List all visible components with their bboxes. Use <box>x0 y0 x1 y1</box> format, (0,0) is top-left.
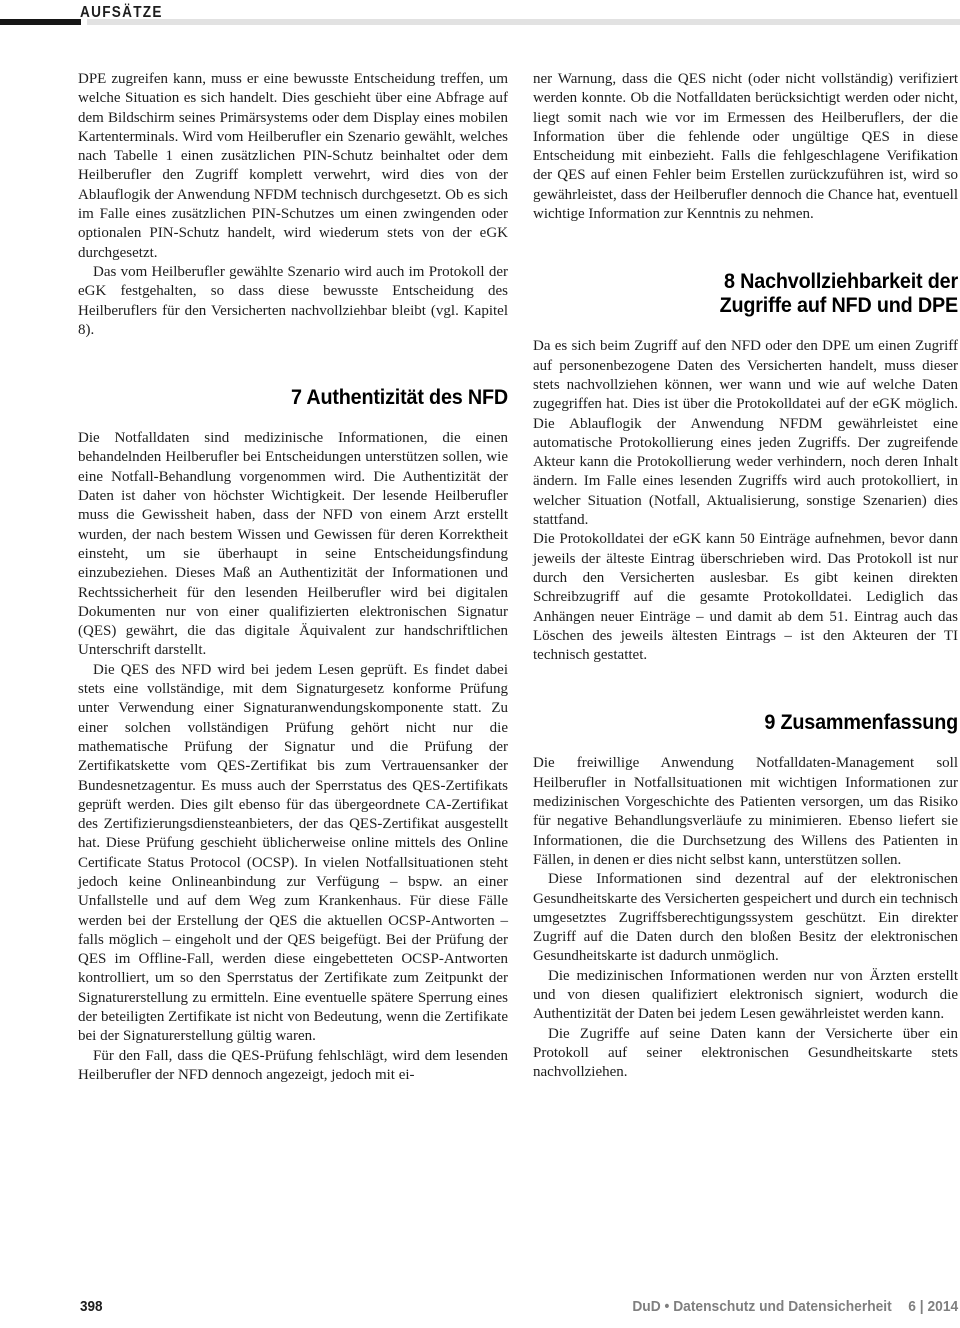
paragraph: Die freiwillige Anwendung Notfalldaten-M… <box>533 754 958 870</box>
paragraph: Diese Informationen sind dezentral auf d… <box>533 870 958 966</box>
paragraph: Die Notfalldaten sind medizinische Infor… <box>78 429 508 661</box>
journal-title: DuD • Datenschutz und Datensicherheit <box>632 1298 891 1315</box>
paragraph: Die QES des NFD wird bei jedem Lesen gep… <box>78 661 508 1047</box>
journal-page: AUFSÄTZE DPE zugreifen kann, muss er ein… <box>0 0 960 1328</box>
header-rule-black <box>0 19 81 25</box>
column-right: ner Warnung, dass die QES nicht (oder ni… <box>533 70 958 1082</box>
section-heading: 7 Authentizität des NFD <box>112 385 508 409</box>
paragraph: Da es sich beim Zugriff auf den NFD oder… <box>533 337 958 530</box>
paragraph: Das vom Heilberufler gewählte Szenario w… <box>78 263 508 340</box>
paragraph: Die Zugriffe auf seine Daten kann der Ve… <box>533 1025 958 1083</box>
section-heading: 8 Nachvollziehbarkeit der Zugriffe auf N… <box>567 269 958 317</box>
section-heading: 9 Zusammenfassung <box>567 710 958 734</box>
paragraph: Für den Fall, dass die QES-Prüfung fehls… <box>78 1047 508 1086</box>
paragraph: Die medizinischen Informationen werden n… <box>533 967 958 1025</box>
issue-number: 6 | 2014 <box>908 1298 958 1315</box>
paragraph: ner Warnung, dass die QES nicht (oder ni… <box>533 70 958 224</box>
footer-journal-group: DuD • Datenschutz und Datensicherheit 6 … <box>632 1298 958 1315</box>
paragraph: DPE zugreifen kann, muss er eine bewusst… <box>78 70 508 263</box>
page-number: 398 <box>80 1298 103 1315</box>
page-footer: 398 DuD • Datenschutz und Datensicherhei… <box>80 1298 958 1315</box>
paragraph: Die Protokolldatei der eGK kann 50 Eintr… <box>533 530 958 665</box>
header-rule-gray <box>87 19 960 25</box>
column-left: DPE zugreifen kann, muss er eine bewusst… <box>78 70 508 1085</box>
